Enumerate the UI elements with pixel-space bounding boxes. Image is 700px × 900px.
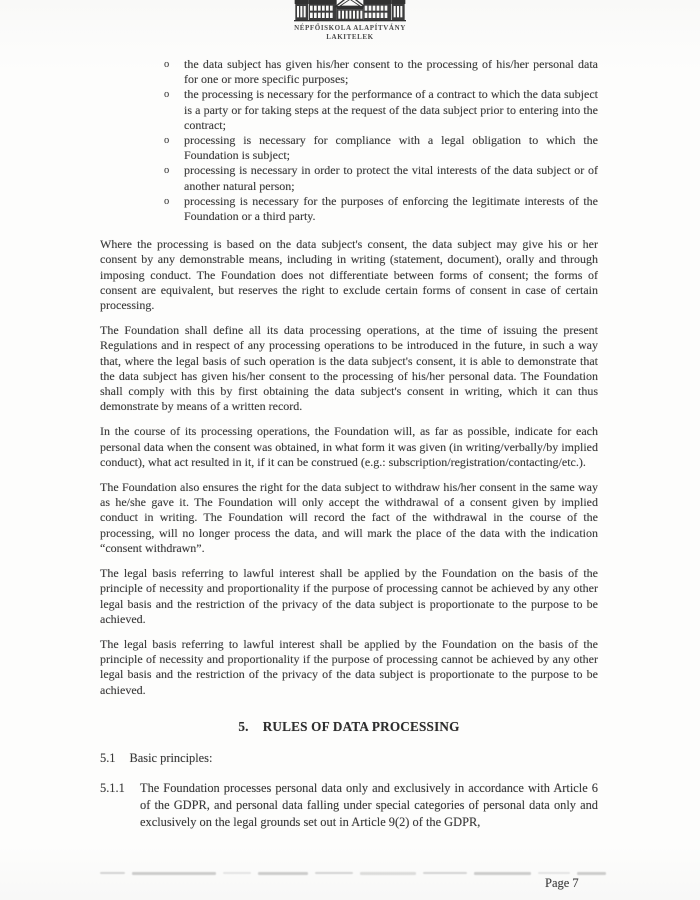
paragraph-define-operations: The Foundation shall define all its data… [100, 323, 598, 414]
foundation-logo: NÉPFŐISKOLA ALAPÍTVÁNY LAKITELEK [275, 0, 425, 42]
list-item-text: the data subject has given his/her conse… [184, 57, 598, 87]
logo-text-line2: LAKITELEK [275, 33, 425, 42]
section-heading-number: 5. [238, 719, 248, 734]
list-item: o processing is necessary for the purpos… [100, 194, 598, 224]
paragraph-consent-forms: Where the processing is based on the dat… [100, 237, 598, 313]
logo-text-line1: NÉPFŐISKOLA ALAPÍTVÁNY [275, 24, 425, 33]
paragraph-indicate-consent: In the course of its processing operatio… [100, 424, 598, 470]
bullet-marker: o [164, 163, 184, 193]
list-item-text: processing is necessary for the purposes… [184, 194, 598, 224]
list-item: o processing is necessary for compliance… [100, 133, 598, 163]
section-heading: 5.RULES OF DATA PROCESSING [100, 719, 598, 734]
paragraph-lawful-interest-1: The legal basis referring to lawful inte… [100, 566, 598, 627]
clause-text: The Foundation processes personal data o… [140, 780, 598, 831]
foundation-building-icon [294, 0, 406, 24]
document-page: NÉPFŐISKOLA ALAPÍTVÁNY LAKITELEK o the d… [0, 0, 700, 900]
list-item: o processing is necessary in order to pr… [100, 163, 598, 193]
section-heading-title: RULES OF DATA PROCESSING [263, 719, 460, 734]
list-item-text: processing is necessary in order to prot… [184, 163, 598, 193]
paragraph-lawful-interest-2: The legal basis referring to lawful inte… [100, 637, 598, 698]
subsection-basic-principles: 5.1Basic principles: [100, 751, 598, 766]
subsection-number: 5.1 [100, 751, 116, 765]
bullet-marker: o [164, 87, 184, 133]
consent-legal-bases-list: o the data subject has given his/her con… [100, 57, 598, 224]
bullet-marker: o [164, 57, 184, 87]
paragraph-withdraw-consent: The Foundation also ensures the right fo… [100, 480, 598, 556]
list-item: o the data subject has given his/her con… [100, 57, 598, 87]
list-item-text: the processing is necessary for the perf… [184, 87, 598, 133]
subsection-title: Basic principles: [130, 751, 213, 765]
clause-number: 5.1.1 [100, 780, 140, 831]
bullet-marker: o [164, 194, 184, 224]
bullet-marker: o [164, 133, 184, 163]
cropped-text-artifact [100, 871, 606, 875]
clause-5-1-1: 5.1.1 The Foundation processes personal … [100, 780, 598, 831]
document-body: o the data subject has given his/her con… [100, 57, 598, 831]
page-number: Page 7 [545, 876, 579, 891]
list-item: o the processing is necessary for the pe… [100, 87, 598, 133]
list-item-text: processing is necessary for compliance w… [184, 133, 598, 163]
